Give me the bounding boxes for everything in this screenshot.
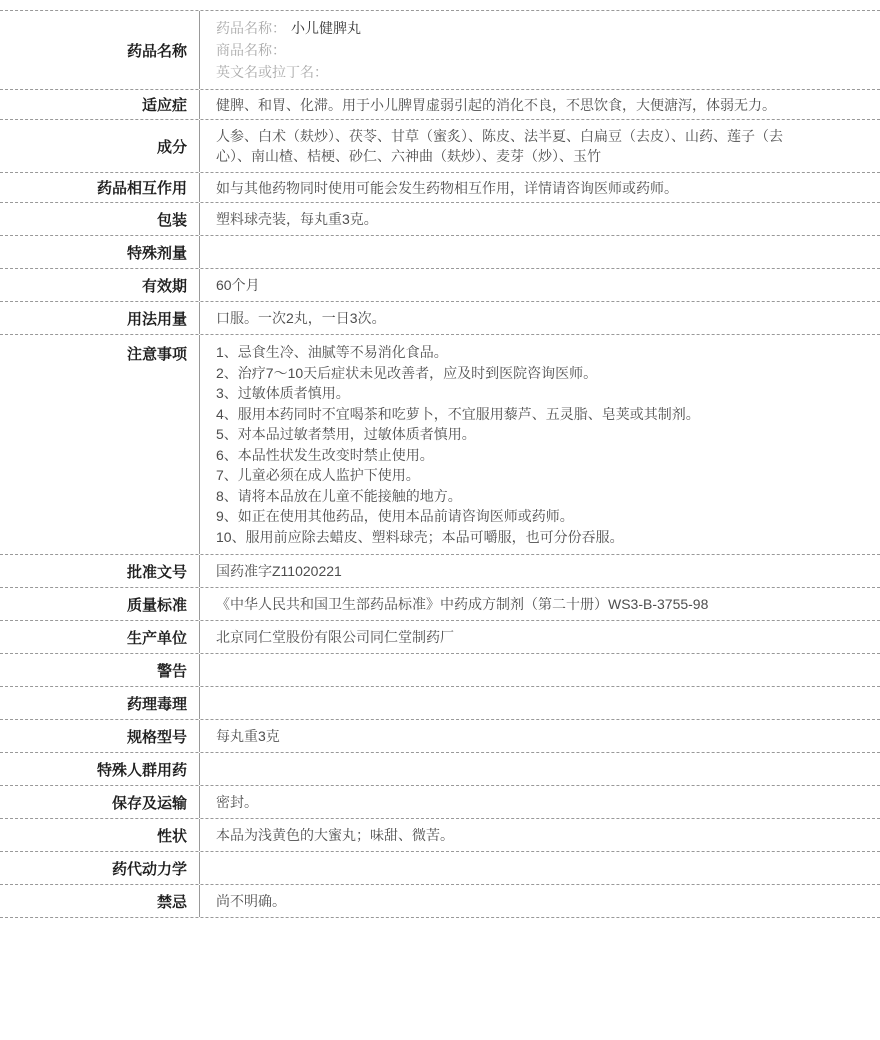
row-value: 国药准字Z11020221 xyxy=(200,555,880,587)
value-text: 人参、白术（麸炒）、茯苓、甘草（蜜炙）、陈皮、法半夏、白扁豆（去皮）、山药、莲子… xyxy=(216,126,788,166)
row-label: 药品名称 xyxy=(0,11,200,89)
field-prefix: 药品名称： xyxy=(216,20,286,36)
row-value: 人参、白术（麸炒）、茯苓、甘草（蜜炙）、陈皮、法半夏、白扁豆（去皮）、山药、莲子… xyxy=(200,120,880,172)
row-label: 成分 xyxy=(0,120,200,172)
row-value xyxy=(200,654,880,686)
precaution-item: 7、儿童必须在成人监护下使用。 xyxy=(216,465,788,486)
row-label: 性状 xyxy=(0,819,200,851)
row-quality-standard: 质量标准 《中华人民共和国卫生部药品标准》中药成方制剂（第二十册）WS3-B-3… xyxy=(0,588,880,621)
row-value: 密封。 xyxy=(200,786,880,818)
row-label: 注意事项 xyxy=(0,335,200,554)
row-drug-name: 药品名称 药品名称：小儿健脾丸 商品名称： 英文名或拉丁名： xyxy=(0,11,880,90)
row-ingredients: 成分 人参、白术（麸炒）、茯苓、甘草（蜜炙）、陈皮、法半夏、白扁豆（去皮）、山药… xyxy=(0,120,880,173)
trade-name-field: 商品名称： xyxy=(216,39,866,61)
value-text: 每丸重3克 xyxy=(216,726,788,746)
row-value xyxy=(200,852,880,884)
row-properties: 性状 本品为浅黄色的大蜜丸；味甜、微苦。 xyxy=(0,819,880,852)
row-label: 批准文号 xyxy=(0,555,200,587)
value-text: 塑料球壳装，每丸重3克。 xyxy=(216,209,788,229)
row-value: 1、忌食生冷、油腻等不易消化食品。 2、治疗7～10天后症状未见改善者，应及时到… xyxy=(200,335,880,554)
value-text: 健脾、和胃、化滞。用于小儿脾胃虚弱引起的消化不良，不思饮食，大便溏泻，体弱无力。 xyxy=(216,95,788,115)
row-warning: 警告 xyxy=(0,654,880,687)
row-label: 有效期 xyxy=(0,269,200,301)
english-name-field: 英文名或拉丁名： xyxy=(216,61,866,83)
row-contraindications: 禁忌 尚不明确。 xyxy=(0,885,880,918)
row-label: 质量标准 xyxy=(0,588,200,620)
row-storage-transport: 保存及运输 密封。 xyxy=(0,786,880,819)
precaution-item: 9、如正在使用其他药品，使用本品前请咨询医师或药师。 xyxy=(216,506,788,527)
precaution-item: 6、本品性状发生改变时禁止使用。 xyxy=(216,445,788,466)
row-label: 适应症 xyxy=(0,90,200,119)
value-text: 《中华人民共和国卫生部药品标准》中药成方制剂（第二十册）WS3-B-3755-9… xyxy=(216,594,788,614)
row-value: 《中华人民共和国卫生部药品标准》中药成方制剂（第二十册）WS3-B-3755-9… xyxy=(200,588,880,620)
row-value: 北京同仁堂股份有限公司同仁堂制药厂 xyxy=(200,621,880,653)
row-value: 每丸重3克 xyxy=(200,720,880,752)
value-text: 本品为浅黄色的大蜜丸；味甜、微苦。 xyxy=(216,825,788,845)
row-value: 尚不明确。 xyxy=(200,885,880,917)
precaution-item: 2、治疗7～10天后症状未见改善者，应及时到医院咨询医师。 xyxy=(216,363,788,384)
row-dosage-usage: 用法用量 口服。一次2丸，一日3次。 xyxy=(0,302,880,335)
row-label: 保存及运输 xyxy=(0,786,200,818)
row-label: 禁忌 xyxy=(0,885,200,917)
row-label: 用法用量 xyxy=(0,302,200,334)
precaution-item: 3、过敏体质者慎用。 xyxy=(216,383,788,404)
row-value: 药品名称：小儿健脾丸 商品名称： 英文名或拉丁名： xyxy=(200,11,880,89)
precaution-item: 1、忌食生冷、油腻等不易消化食品。 xyxy=(216,342,788,363)
row-packaging: 包装 塑料球壳装，每丸重3克。 xyxy=(0,203,880,236)
precaution-item: 5、对本品过敏者禁用，过敏体质者慎用。 xyxy=(216,424,788,445)
drug-name-field: 药品名称：小儿健脾丸 xyxy=(216,17,866,39)
precaution-item: 4、服用本药同时不宜喝茶和吃萝卜，不宜服用藜芦、五灵脂、皂荚或其制剂。 xyxy=(216,404,788,425)
field-prefix: 英文名或拉丁名： xyxy=(216,64,328,80)
row-label: 生产单位 xyxy=(0,621,200,653)
value-text: 北京同仁堂股份有限公司同仁堂制药厂 xyxy=(216,627,788,647)
row-precautions: 注意事项 1、忌食生冷、油腻等不易消化食品。 2、治疗7～10天后症状未见改善者… xyxy=(0,335,880,555)
row-special-populations: 特殊人群用药 xyxy=(0,753,880,786)
row-drug-interactions: 药品相互作用 如与其他药物同时使用可能会发生药物相互作用，详情请咨询医师或药师。 xyxy=(0,173,880,203)
row-special-dosage: 特殊剂量 xyxy=(0,236,880,269)
row-value: 60个月 xyxy=(200,269,880,301)
value-text: 60个月 xyxy=(216,275,788,295)
row-value: 塑料球壳装，每丸重3克。 xyxy=(200,203,880,235)
value-text: 密封。 xyxy=(216,792,788,812)
precaution-item: 10、服用前应除去蜡皮、塑料球壳；本品可嚼服，也可分份吞服。 xyxy=(216,527,788,548)
row-label: 警告 xyxy=(0,654,200,686)
row-pharmacology-toxicology: 药理毒理 xyxy=(0,687,880,720)
row-value: 健脾、和胃、化滞。用于小儿脾胃虚弱引起的消化不良，不思饮食，大便溏泻，体弱无力。 xyxy=(200,90,880,119)
row-approval-number: 批准文号 国药准字Z11020221 xyxy=(0,555,880,588)
row-label: 药品相互作用 xyxy=(0,173,200,202)
row-label: 特殊人群用药 xyxy=(0,753,200,785)
row-label: 规格型号 xyxy=(0,720,200,752)
precaution-item: 8、请将本品放在儿童不能接触的地方。 xyxy=(216,486,788,507)
row-value xyxy=(200,753,880,785)
value-text: 口服。一次2丸，一日3次。 xyxy=(216,308,788,328)
row-value xyxy=(200,687,880,719)
row-value xyxy=(200,236,880,268)
value-text: 尚不明确。 xyxy=(216,891,788,911)
field-value: 小儿健脾丸 xyxy=(291,20,361,36)
row-label: 特殊剂量 xyxy=(0,236,200,268)
row-label: 包装 xyxy=(0,203,200,235)
row-shelf-life: 有效期 60个月 xyxy=(0,269,880,302)
row-specification: 规格型号 每丸重3克 xyxy=(0,720,880,753)
row-label: 药代动力学 xyxy=(0,852,200,884)
row-indications: 适应症 健脾、和胃、化滞。用于小儿脾胃虚弱引起的消化不良，不思饮食，大便溏泻，体… xyxy=(0,90,880,120)
row-pharmacokinetics: 药代动力学 xyxy=(0,852,880,885)
row-label: 药理毒理 xyxy=(0,687,200,719)
field-prefix: 商品名称： xyxy=(216,42,286,58)
value-text: 如与其他药物同时使用可能会发生药物相互作用，详情请咨询医师或药师。 xyxy=(216,178,788,198)
drug-info-table: 药品名称 药品名称：小儿健脾丸 商品名称： 英文名或拉丁名： 适应症 健脾、和胃… xyxy=(0,10,880,918)
row-value: 如与其他药物同时使用可能会发生药物相互作用，详情请咨询医师或药师。 xyxy=(200,173,880,202)
row-value: 本品为浅黄色的大蜜丸；味甜、微苦。 xyxy=(200,819,880,851)
row-manufacturer: 生产单位 北京同仁堂股份有限公司同仁堂制药厂 xyxy=(0,621,880,654)
row-value: 口服。一次2丸，一日3次。 xyxy=(200,302,880,334)
value-text: 国药准字Z11020221 xyxy=(216,561,788,581)
